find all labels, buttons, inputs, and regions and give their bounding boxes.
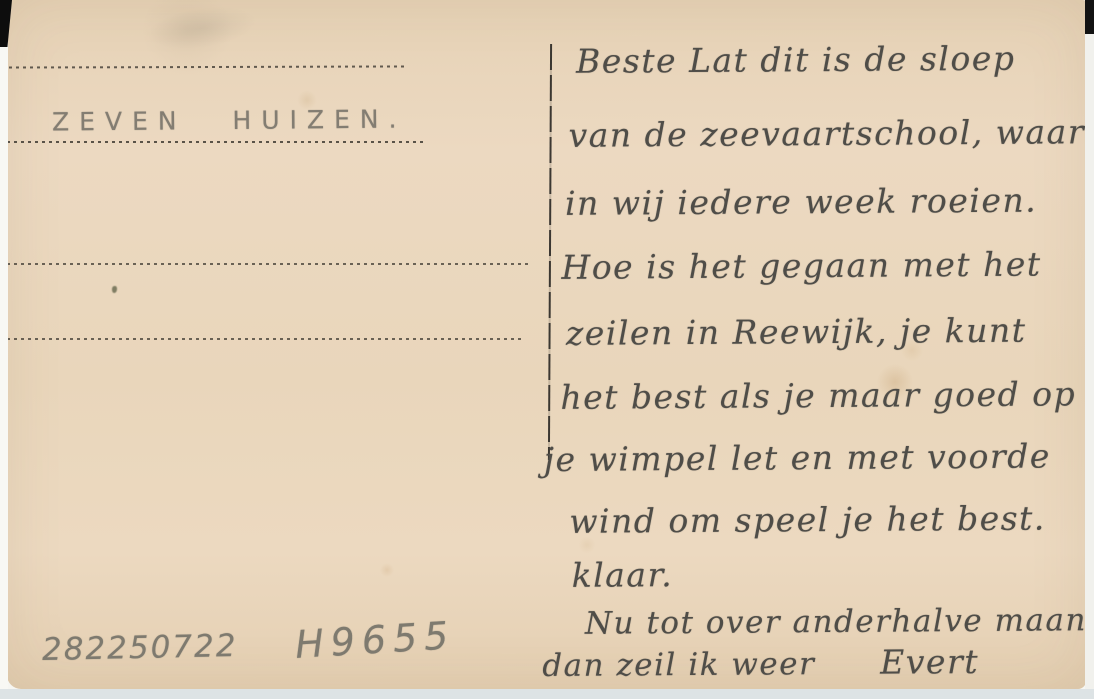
scan-edge-bottom — [0, 689, 1094, 699]
scan-edge-right — [1085, 0, 1094, 699]
message-line: wind om speel je het best. — [569, 499, 1046, 541]
message-line: Nu tot over anderhalve maand — [585, 602, 1094, 642]
handwritten-message: Beste Lat dit is de sloep van de zeevaar… — [5, 0, 1089, 693]
message-line: je wimpel let en met voorde — [544, 436, 1051, 479]
message-line: dan zeil ik weer — [542, 646, 815, 684]
signature: Evert — [880, 642, 979, 682]
message-line: Beste Lat dit is de sloep — [576, 39, 1016, 81]
scan-corner-top-right — [1085, 0, 1094, 34]
message-line: van de zeevaartschool, waar — [568, 112, 1085, 155]
message-line: het best als je maar goed op — [560, 374, 1076, 417]
message-line: in wij iedere week roeien. — [565, 181, 1037, 223]
postcard-back: ZEVEN HUIZEN. Beste Lat dit is de sloep … — [7, 0, 1086, 689]
message-line: Hoe is het gegaan met het — [561, 245, 1041, 287]
catalog-number: 282250722 — [42, 628, 238, 668]
message-line: zeilen in Reewijk, je kunt — [566, 311, 1027, 353]
scan-edge-left — [0, 0, 8, 699]
message-line: klaar. — [571, 555, 673, 595]
